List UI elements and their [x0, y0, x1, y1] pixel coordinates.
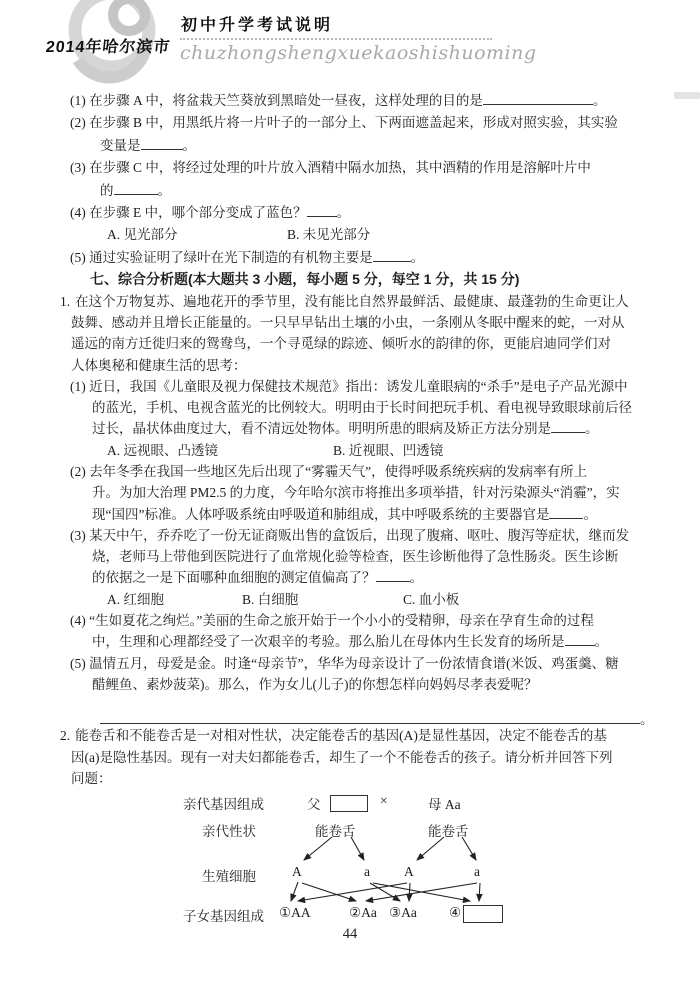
question-text: 。 [410, 570, 424, 585]
question-text: 过长，晶状体曲度过大，看不清远处物体。明明所患的眼病及矫正方法分别是 [92, 421, 551, 436]
question-line: (2) 去年冬季在我国一些地区先后出现了“雾霾天气”，使得呼吸系统疾病的发病率有… [60, 461, 656, 482]
empty-gene-box [463, 905, 503, 923]
question-text: 的 [100, 183, 114, 198]
question-line: 变量是。 [60, 135, 656, 157]
question-text: (1) 在步骤 A 中，将盆栽天竺葵放到黑暗处一昼夜，这样处理的目的是 [70, 93, 483, 108]
question-line: 升。为加大治理 PM2.5 的力度，今年哈尔滨市将推出多项举措，针对污染源头“消… [60, 482, 656, 503]
gamete: A [404, 864, 414, 880]
fill-in-blank [565, 633, 595, 646]
question-text: 。 [595, 634, 609, 649]
diagram-row-label: 生殖细胞 [202, 865, 256, 885]
question-line: (4) “生如夏花之绚烂。”美丽的生命之旅开始于一个小小的受精卵，母亲在孕育生命… [60, 610, 656, 631]
options-row: A. 远视眼、凸透镜B. 近视眼、凹透镜 [60, 440, 656, 461]
question-line: 因(a)是隐性基因。现有一对夫妇都能卷舌，却生了一个不能卷舌的孩子。请分析并回答… [60, 747, 656, 768]
cross-symbol: × [380, 793, 388, 809]
question-number: 1. [60, 294, 70, 309]
question-line: 中，生理和心理都经受了一次艰辛的考验。那么胎儿在母体内生长发育的场所是。 [60, 631, 656, 652]
question-line: 鼓舞、感动并且增长正能量的。一只早早钻出土壤的小虫，一条刚从冬眠中醒来的蛇，一对… [60, 312, 656, 333]
question-line: 现“国四”标准。人体呼吸系统由呼吸道和肺组成，其中呼吸系统的主要器官是。 [60, 504, 656, 525]
header-divider [180, 38, 492, 40]
question-text: (5) 通过实验证明了绿叶在光下制造的有机物主要是 [70, 250, 373, 265]
fill-in-blank [100, 711, 640, 724]
fill-in-blank [483, 92, 593, 105]
exam-page: 2014年哈尔滨市 初中升学考试说明 chuzhongshengxuekaosh… [0, 0, 700, 986]
question-line: 过长，晶状体曲度过大，看不清远处物体。明明所患的眼病及矫正方法分别是。 [60, 418, 656, 439]
option-a: A. 远视眼、凸透镜 [107, 440, 218, 461]
question-text: 现“国四”标准。人体呼吸系统由呼吸道和肺组成，其中呼吸系统的主要器官是 [92, 507, 549, 522]
option-b: B. 白细胞 [242, 589, 298, 610]
question-line: 问题： [60, 768, 656, 789]
question-text: 。 [585, 421, 599, 436]
fill-in-blank [114, 182, 158, 195]
edition-label: 2014年哈尔滨市 [45, 34, 172, 57]
fill-in-blank [551, 420, 585, 433]
question-text: 。 [640, 712, 654, 727]
mother-label: 母 Aa [428, 793, 461, 813]
section-heading: 七、综合分析题(本大题共 3 小题，每小题 5 分，每空 1 分，共 15 分) [60, 269, 656, 291]
question-number: 2. [60, 728, 70, 743]
empty-gene-box [330, 795, 368, 812]
question-line: 的依据之一是下面哪种血细胞的测定值偏高了？。 [60, 567, 656, 588]
question-line: (3) 某天中午，乔乔吃了一份无证商贩出售的盒饭后，出现了腹痛、呕吐、腹泻等症状… [60, 525, 656, 546]
question-line: (3) 在步骤 C 中，将经过处理的叶片放入酒精中隔水加热，其中酒精的作用是溶解… [60, 157, 656, 179]
question-line: (5) 通过实验证明了绿叶在光下制造的有机物主要是。 [60, 247, 656, 269]
page-title: 初中升学考试说明 [181, 12, 333, 35]
question-text: 变量是 [100, 138, 141, 153]
long-answer-line: 。 [60, 711, 656, 725]
question-text: 在这个万物复苏、遍地花开的季节里，没有能比自然界最鲜活、最健康、最蓬勃的生命更让… [75, 294, 629, 309]
question-line: 遥远的南方迁徙归来的鸳鸯鸟，一个寻觅绿的踪迹、倾听水的韵律的你，更能启迪同学们对 [60, 333, 656, 354]
option-b: B. 未见光部分 [287, 224, 370, 246]
genetics-cross-diagram: 亲代基因组成 父 × 母 Aa 亲代性状 能卷舌 能卷舌 生殖细胞 A a A … [60, 791, 656, 941]
question-line: (1) 近日，我国《儿童眼及视力保健技术规范》指出：诱发儿童眼病的“杀手”是电子… [60, 376, 656, 397]
fill-in-blank [307, 204, 337, 217]
question-text: 。 [337, 205, 351, 220]
father-label: 父 [307, 793, 321, 813]
options-row: A. 红细胞B. 白细胞C. 血小板 [60, 589, 656, 610]
question-line: 的蓝光，手机、电视含蓝光的比例较大。明明由于长时间把玩手机、看电视导致眼球前后径 [60, 397, 656, 418]
child-genotype: ④ [449, 905, 461, 921]
father-genotype-box [330, 794, 368, 811]
mother-trait: 能卷舌 [428, 820, 469, 840]
question-text: 。 [158, 183, 172, 198]
child-genotype: ③Aa [389, 905, 417, 921]
fill-in-blank [141, 137, 183, 150]
option-b: B. 近视眼、凹透镜 [333, 440, 443, 461]
question-text: (4) 在步骤 E 中，哪个部分变成了蓝色？ [70, 205, 307, 220]
fill-in-blank [549, 506, 583, 519]
question-text: 。 [583, 507, 597, 522]
question-line: 烧，老师马上带他到医院进行了血常规化验等检查，医生诊断他得了急性肠炎。医生诊断 [60, 546, 656, 567]
question-line: 的。 [60, 180, 656, 202]
question-text: 。 [411, 250, 425, 265]
fill-in-blank [373, 249, 411, 262]
question-text: 。 [593, 93, 607, 108]
question-text: 能卷舌和不能卷舌是一对相对性状，决定能卷舌的基因(A)是显性基因，决定不能卷舌的… [75, 728, 607, 743]
gamete: A [292, 864, 302, 880]
diagram-row-label: 子女基因组成 [183, 905, 264, 925]
option-c: C. 血小板 [403, 589, 459, 610]
child-genotype: ②Aa [349, 905, 377, 921]
fill-in-blank [376, 569, 410, 582]
question-line: (1) 在步骤 A 中，将盆栽天竺葵放到黑暗处一昼夜，这样处理的目的是。 [60, 90, 656, 112]
options-row: A. 见光部分B. 未见光部分 [60, 224, 656, 246]
question-line: (5) 温情五月，母爱是金。时逢“母亲节”，华华为母亲设计了一份浓情食谱(米饭、… [60, 653, 656, 674]
diagram-row-label: 亲代基因组成 [183, 793, 264, 813]
option-a: A. 见光部分 [107, 224, 178, 246]
question-line: 人体奥秘和健康生活的思考： [60, 355, 656, 376]
diagram-row-label: 亲代性状 [202, 820, 256, 840]
question-line: 醋鲤鱼、素炒菠菜)。那么，作为女儿(儿子)的你想怎样向妈妈尽孝表爱呢？ [60, 674, 656, 695]
question-text: 的依据之一是下面哪种血细胞的测定值偏高了？ [92, 570, 376, 585]
child-genotype-box [463, 905, 503, 923]
page-number: 44 [0, 926, 700, 943]
question-line: 2.能卷舌和不能卷舌是一对相对性状，决定能卷舌的基因(A)是显性基因，决定不能卷… [60, 725, 656, 746]
father-trait: 能卷舌 [315, 820, 356, 840]
child-genotype: ①AA [279, 905, 311, 921]
gamete: a [474, 864, 480, 880]
exam-body: (1) 在步骤 A 中，将盆栽天竺葵放到黑暗处一昼夜，这样处理的目的是。 (2)… [60, 90, 656, 941]
option-a: A. 红细胞 [107, 589, 164, 610]
question-line: (4) 在步骤 E 中，哪个部分变成了蓝色？。 [60, 202, 656, 224]
question-line: (2) 在步骤 B 中，用黑纸片将一片叶子的一部分上、下两面遮盖起来，形成对照实… [60, 112, 656, 134]
question-line: 1.在这个万物复苏、遍地花开的季节里，没有能比自然界最鲜活、最健康、最蓬勃的生命… [60, 291, 656, 312]
question-text: 。 [183, 138, 197, 153]
scan-artifact [674, 92, 700, 99]
gamete: a [364, 864, 370, 880]
question-text: 中，生理和心理都经受了一次艰辛的考验。那么胎儿在母体内生长发育的场所是 [92, 634, 565, 649]
pinyin-subtitle: chuzhongshengxuekaoshishuoming [180, 42, 537, 64]
